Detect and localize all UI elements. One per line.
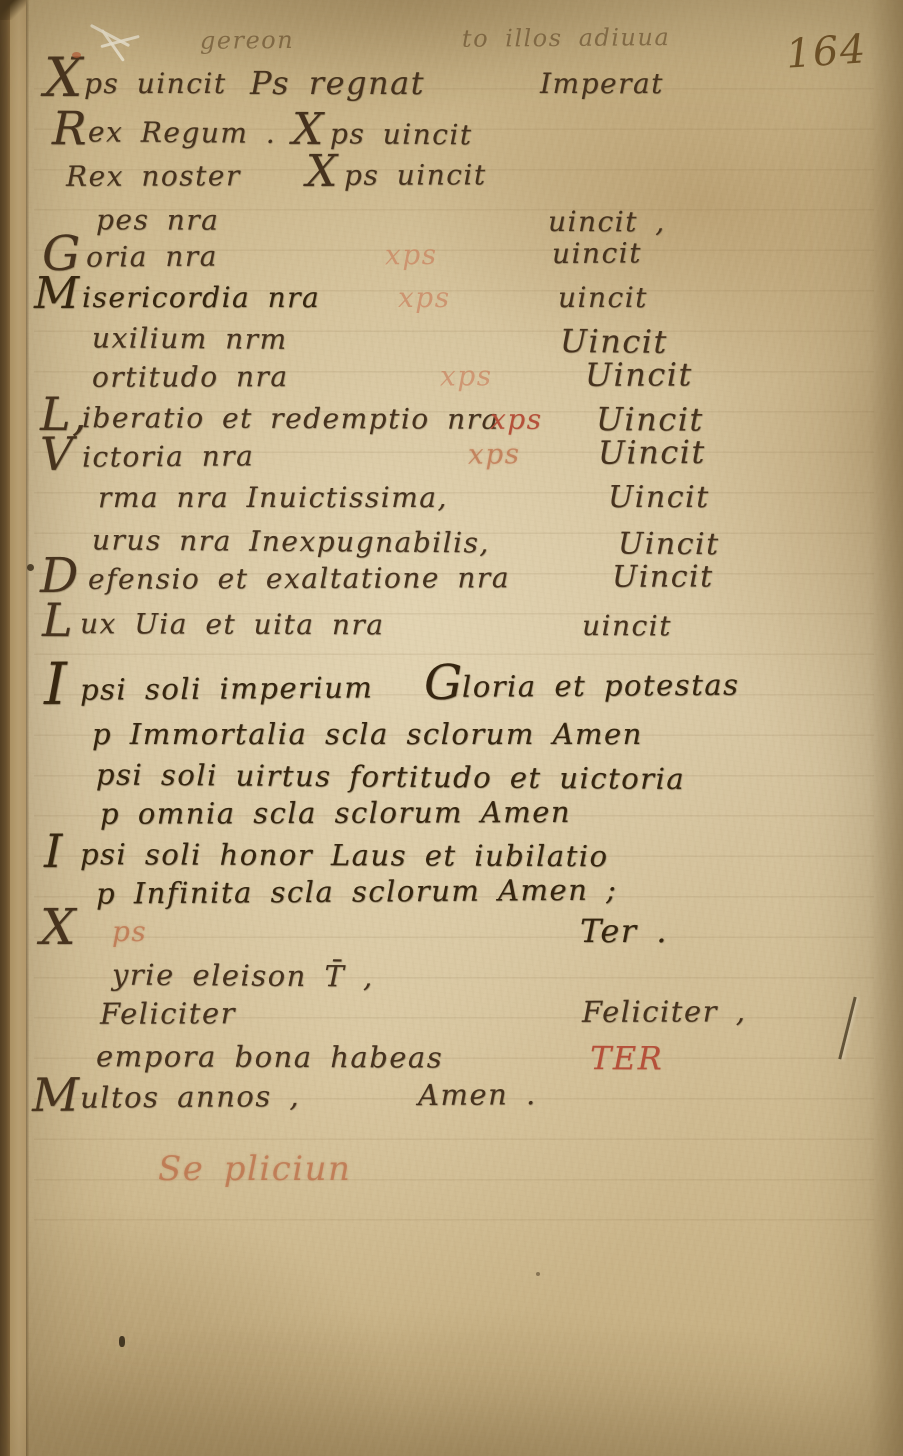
text-segment: X <box>44 51 84 105</box>
text-segment: M <box>34 272 81 316</box>
line-xpe-ter: XpsTer . <box>0 918 903 946</box>
text-segment: ps uincit <box>330 120 473 149</box>
text-segment: p Infinita scla sclorum Amen ; <box>96 876 618 909</box>
text-segment: G <box>424 659 464 707</box>
text-segment: D <box>40 551 80 599</box>
rubric-segment: TER <box>590 1042 663 1074</box>
dark-speck <box>536 1272 540 1276</box>
text-segment: psi soli uirtus fortitudo et uictoria <box>96 760 685 794</box>
text-segment: ortitudo nra <box>92 363 289 392</box>
text-segment: Rex noster <box>66 162 241 191</box>
text-segment: Amen . <box>418 1080 537 1110</box>
litany-line-gloria-nostra: Goria nraxpsuincit <box>0 237 903 272</box>
rubric-segment: Se pliciun <box>158 1152 351 1186</box>
line-tempora-bona: empora bona habeasTER <box>0 1042 903 1074</box>
text-segment: iberatio et redemptio nra <box>82 404 500 434</box>
rubric-explicit: Se pliciun <box>0 1152 903 1186</box>
text-segment: ex Regum . <box>88 118 276 147</box>
text-segment: urus nra Inexpugnabilis, <box>92 526 490 557</box>
litany-line-rex-regum: Rex Regum .Xps uincit <box>0 118 903 153</box>
text-segment: efensio et exaltatione nra <box>88 564 510 594</box>
litany-line-spes-nostra: pes nrauincit , <box>0 206 903 237</box>
litany-line-murus-noster: urus nra Inexpugnabilis,Uincit <box>0 526 903 561</box>
text-segment: uincit , <box>548 208 666 236</box>
rubric-segment: xps <box>385 241 438 269</box>
text-segment: gereon <box>200 28 294 53</box>
text-segment: oria nra <box>86 243 218 272</box>
text-segment: rma nra Inuictissima, <box>98 484 448 512</box>
rubric-segment: xps <box>468 440 521 468</box>
text-segment: uincit <box>582 612 672 640</box>
text-segment: isericordia nra <box>82 284 320 312</box>
text-segment: Uincit <box>618 529 720 560</box>
text-segment: uxilium nrm <box>92 324 288 354</box>
doxology-ipsi-soli-imperium: Ipsi soli imperiumGloria et potestas <box>0 669 903 705</box>
rubric-segment: xps <box>440 362 493 390</box>
text-segment: loria et potestas <box>462 671 740 702</box>
text-segment: X <box>292 108 325 152</box>
text-segment: Uincit <box>560 325 668 358</box>
doxology-ipsi-soli-virtus: psi soli uirtus fortitudo et uictoria <box>0 760 903 796</box>
text-segment: ultos annos , <box>80 1082 300 1113</box>
text-segment: G <box>42 229 82 277</box>
litany-line-liberatio-redemptio: L,iberatio et redemptio nraxpsUincit <box>0 404 903 435</box>
text-segment: uincit <box>552 239 642 268</box>
text-segment: uincit <box>558 284 648 312</box>
line-kyrie-eleison: yrie eleison T̄ , <box>0 960 903 996</box>
rubric-segment: xps <box>398 284 451 312</box>
text-segment: yrie eleison T̄ , <box>112 961 374 992</box>
text-segment: R <box>52 105 88 151</box>
text-segment: Feliciter , <box>582 997 747 1027</box>
text-segment: X <box>40 902 77 952</box>
manuscript-page: 164 gereonto illos adiuuaXps uincitPs re… <box>0 0 903 1456</box>
text-segment: ux Uia et uita nra <box>80 610 385 639</box>
doxology-per-immortalia: p Immortalia scla sclorum Amen <box>0 720 903 749</box>
litany-line-rex-noster: Rex nosterXps uincit <box>0 160 903 191</box>
line-feliciter: FeliciterFeliciter , <box>0 997 903 1029</box>
litany-line-xps-vincit-regnat-imperat: Xps uincitPs regnatImperat <box>0 70 903 98</box>
text-segment: L, <box>40 391 88 437</box>
red-speck <box>72 52 81 58</box>
doxology-per-omnia: p omnia scla sclorum Amen <box>0 797 903 829</box>
doxology-per-infinita: p Infinita scla sclorum Amen ; <box>0 873 903 909</box>
text-segment: Feliciter <box>100 999 236 1029</box>
litany-line-defensio-exaltatio: Defensio et exaltatione nraUincit <box>0 563 903 594</box>
text-segment: pes nra <box>96 206 219 234</box>
litany-line-misericordia-nostra: Misericordia nraxpsuincit <box>0 284 903 312</box>
text-segment: ps uincit <box>84 70 227 98</box>
text-segment: psi soli honor Laus et iubilatio <box>80 840 609 871</box>
litany-line-victoria-nostra: Victoria nraxpsUincit <box>0 437 903 472</box>
line-multos-annos: Multos annos ,Amen . <box>0 1077 903 1113</box>
doxology-ipsi-soli-honor: Ipsi soli honor Laus et iubilatio <box>0 840 903 872</box>
text-segment: Uincit <box>585 359 693 391</box>
header-line: gereonto illos adiuua <box>0 23 903 54</box>
text-segment: p Immortalia scla sclorum Amen <box>92 720 643 749</box>
text-segment: psi soli imperium <box>80 673 374 704</box>
litany-line-auxilium-nostrum: uxilium nrmUincit <box>0 324 903 359</box>
litany-line-arma-nostra: rma nra Inuictissima,Uincit <box>0 484 903 512</box>
text-segment: Uincit <box>598 436 706 469</box>
dark-speck <box>27 564 34 571</box>
text-segment: Uincit <box>612 562 714 592</box>
text-segment: I <box>44 828 64 874</box>
text-segment: Uincit <box>608 483 710 513</box>
rubric-segment: xps <box>490 406 543 434</box>
text-segment: X <box>306 150 339 194</box>
dark-speck <box>119 1336 125 1347</box>
rubric-segment: ps <box>112 918 147 946</box>
text-segment: Ps regnat <box>250 67 425 99</box>
text-segment: M <box>32 1071 81 1117</box>
text-segment: Uincit <box>596 403 704 435</box>
text-layer: gereonto illos adiuuaXps uincitPs regnat… <box>0 0 903 1456</box>
litany-line-fortitudo-nostra: ortitudo nraxpsUincit <box>0 361 903 392</box>
text-segment: ps uincit <box>344 161 487 190</box>
text-segment: p omnia scla sclorum Amen <box>100 798 571 829</box>
text-segment: L <box>42 597 74 643</box>
litany-line-lux-via-vita: Lux Uia et uita nrauincit <box>0 610 903 641</box>
text-segment: to illos adiuua <box>462 25 670 51</box>
text-segment: I <box>44 655 69 713</box>
text-segment: V <box>40 431 75 477</box>
text-segment: Ter . <box>580 915 668 947</box>
text-segment: ictoria nra <box>82 442 255 471</box>
text-segment: empora bona habeas <box>96 1042 443 1072</box>
text-segment: Imperat <box>540 70 664 98</box>
